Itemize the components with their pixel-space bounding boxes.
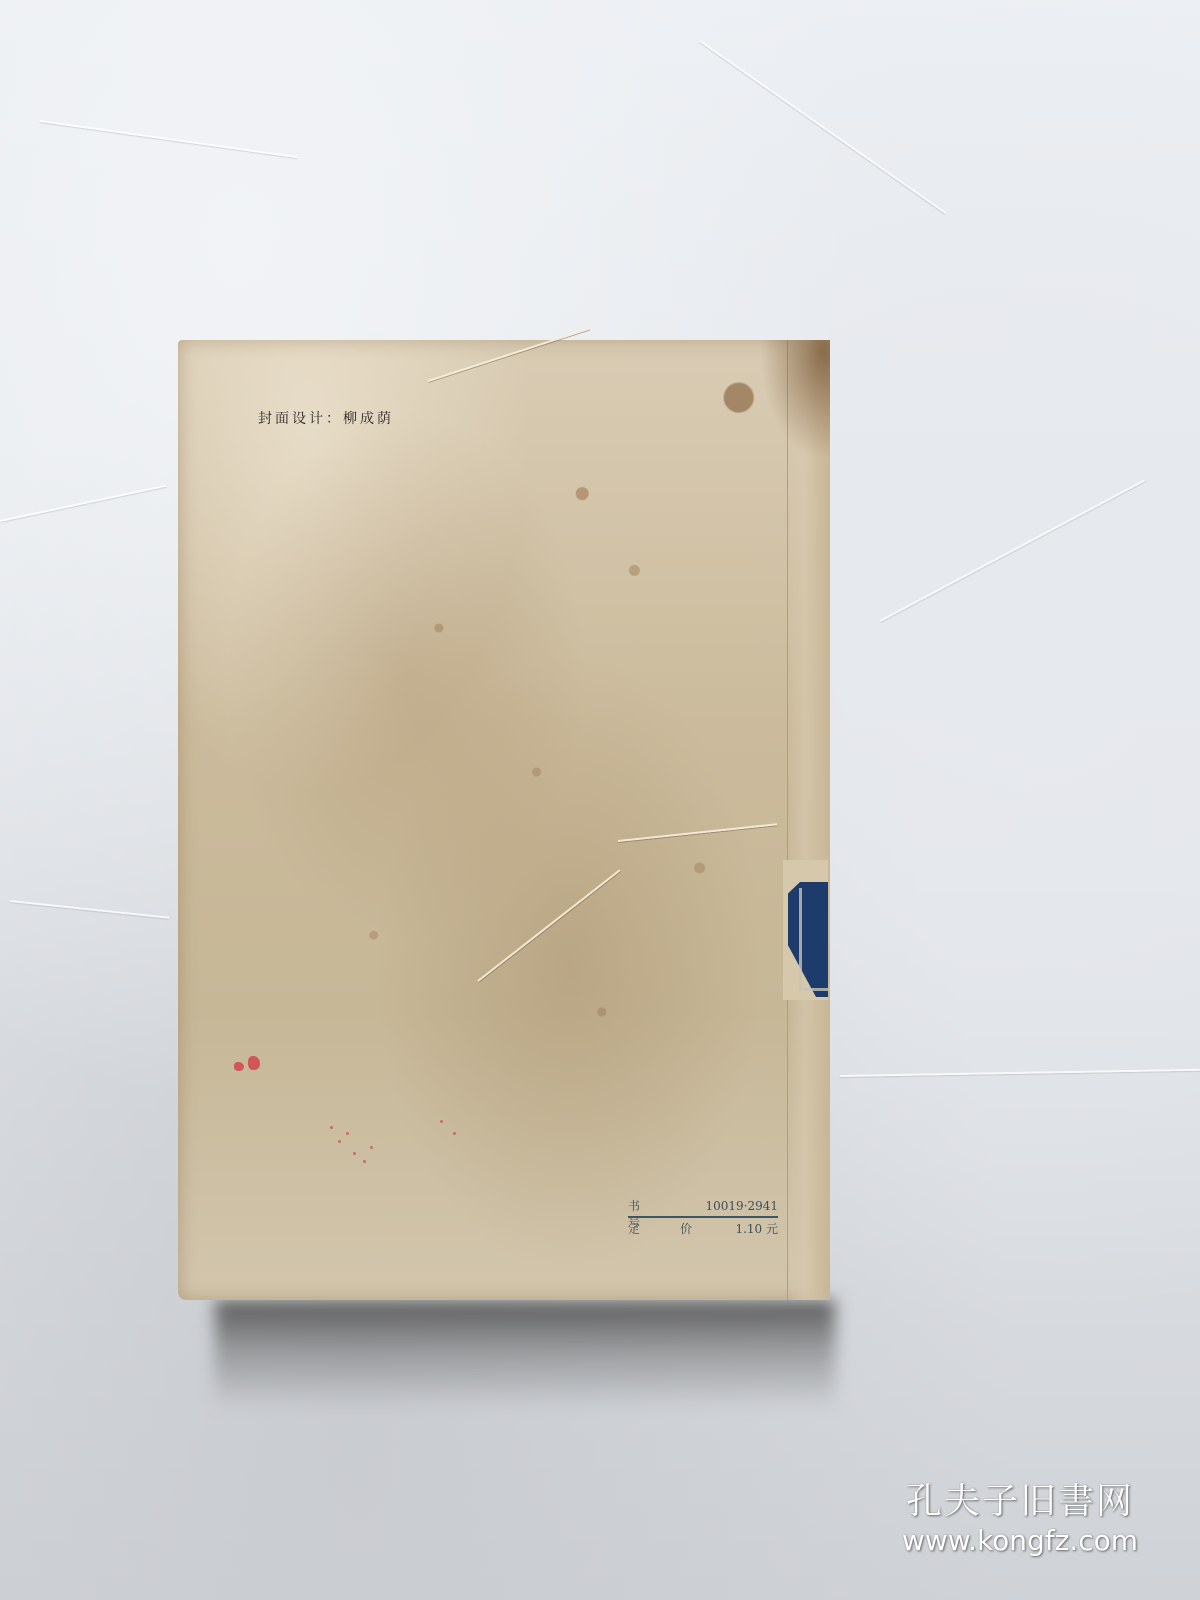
- red-speckle: [353, 1152, 356, 1155]
- cover-crack: [618, 823, 777, 842]
- cover-crack: [428, 328, 590, 382]
- red-speckle: [363, 1160, 366, 1163]
- red-stamp-mark: [234, 1062, 244, 1071]
- worn-corner: [760, 340, 830, 460]
- publication-info: 书 号 10019·2941 定 价 1.10 元: [628, 1198, 778, 1237]
- watermark-url: www.kongfz.com: [890, 1524, 1150, 1558]
- book-back-cover: 封面设计：柳成荫 书 号 10019·2941 定 价 1.10 元: [178, 340, 830, 1300]
- price-row: 定 价 1.10 元: [628, 1221, 778, 1237]
- cover-design-credit: 封面设计：柳成荫: [258, 408, 394, 428]
- paper-crease: [699, 40, 946, 214]
- red-speckle: [370, 1146, 373, 1149]
- cover-crack: [477, 869, 620, 981]
- site-watermark: 孔夫子旧書网 www.kongfz.com: [890, 1480, 1150, 1558]
- book-number-value: 10019·2941: [705, 1198, 778, 1214]
- red-speckle: [453, 1132, 456, 1135]
- red-speckle: [440, 1120, 443, 1123]
- spine-label-stripe: [799, 888, 830, 991]
- book-number-label: 书 号: [628, 1198, 705, 1214]
- red-stamp-mark: [248, 1056, 260, 1070]
- price-label: 定 价: [628, 1221, 706, 1237]
- page-edge: [787, 340, 830, 1300]
- book-number-row: 书 号 10019·2941: [628, 1198, 778, 1214]
- red-speckle: [338, 1140, 341, 1143]
- paper-crease: [40, 120, 298, 158]
- paper-crease: [10, 900, 169, 919]
- book-shadow: [215, 1300, 835, 1410]
- watermark-title: 孔夫子旧書网: [890, 1480, 1150, 1524]
- paper-crease: [840, 1069, 1200, 1077]
- paper-crease: [0, 485, 166, 522]
- paper-crease: [880, 479, 1146, 622]
- red-speckle: [346, 1132, 349, 1135]
- price-value: 1.10 元: [735, 1221, 778, 1237]
- spine-label: [783, 860, 828, 1000]
- red-speckle: [330, 1126, 333, 1129]
